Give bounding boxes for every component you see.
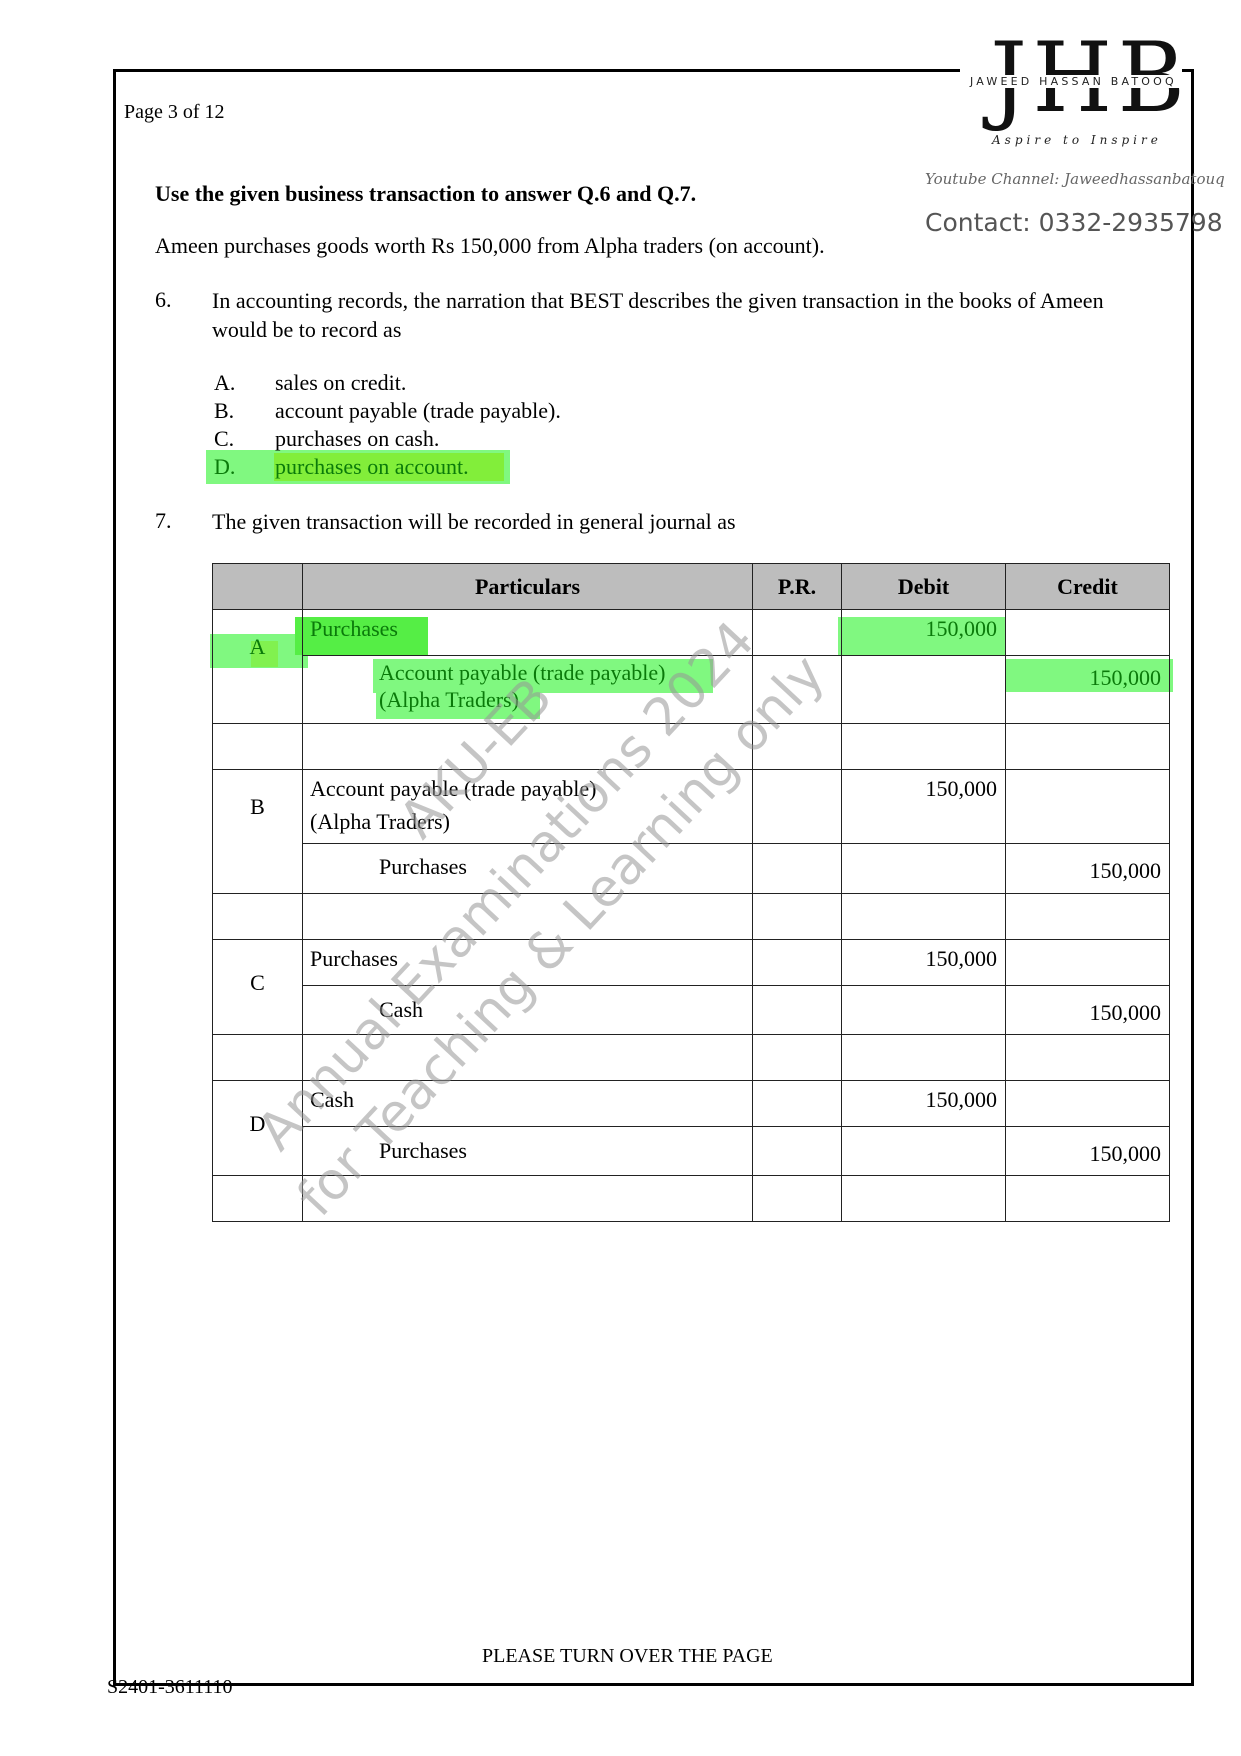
credit-cell bbox=[1006, 1081, 1170, 1127]
q6-option-d: D.purchases on account. bbox=[214, 454, 469, 480]
option-label: D. bbox=[214, 454, 275, 480]
spacer-row bbox=[213, 894, 1170, 940]
contact-number: Contact: 0332-2935798 bbox=[925, 208, 1223, 237]
pr-cell bbox=[753, 986, 842, 1035]
particulars-cell: Account payable (trade payable) (Alpha T… bbox=[303, 770, 753, 844]
particulars-cell: Cash bbox=[303, 986, 753, 1035]
pr-cell bbox=[753, 770, 842, 844]
pr-cell bbox=[753, 844, 842, 894]
paper-code: S2401-3611110 bbox=[107, 1676, 233, 1699]
option-c-label: C bbox=[213, 940, 303, 1035]
particulars-cell: Cash bbox=[303, 1081, 753, 1127]
option-b-label: B bbox=[213, 770, 303, 894]
q6-text: In accounting records, the narration tha… bbox=[212, 286, 1162, 344]
table-row: D Cash 150,000 bbox=[213, 1081, 1170, 1127]
q6-number: 6. bbox=[155, 287, 172, 313]
table-row: Purchases 150,000 bbox=[213, 844, 1170, 894]
instruction: Use the given business transaction to an… bbox=[155, 181, 696, 207]
q6-option-c: C.purchases on cash. bbox=[214, 426, 439, 452]
debit-cell: 150,000 bbox=[842, 770, 1006, 844]
header-option bbox=[213, 564, 303, 610]
pr-cell bbox=[753, 610, 842, 656]
option-a-label: A bbox=[213, 610, 303, 724]
option-d-label: D bbox=[213, 1081, 303, 1176]
option-text: purchases on cash. bbox=[275, 426, 439, 451]
pr-cell bbox=[753, 656, 842, 724]
debit-cell bbox=[842, 844, 1006, 894]
option-label: C. bbox=[214, 426, 275, 452]
credit-cell bbox=[1006, 610, 1170, 656]
debit-cell: 150,000 bbox=[842, 1081, 1006, 1127]
q7-number: 7. bbox=[155, 508, 172, 534]
table-row: A Purchases 150,000 bbox=[213, 610, 1170, 656]
turn-over-notice: PLEASE TURN OVER THE PAGE bbox=[482, 1645, 773, 1668]
q6-option-b: B.account payable (trade payable). bbox=[214, 398, 561, 424]
header-debit: Debit bbox=[842, 564, 1006, 610]
credit-cell: 150,000 bbox=[1006, 844, 1170, 894]
credit-cell: 150,000 bbox=[1006, 656, 1170, 724]
header-pr: P.R. bbox=[753, 564, 842, 610]
debit-cell bbox=[842, 986, 1006, 1035]
logo-name: JAWEED HASSAN BATOOQ bbox=[967, 75, 1180, 88]
pr-cell bbox=[753, 1081, 842, 1127]
debit-cell: 150,000 bbox=[842, 940, 1006, 986]
particulars-cell: Purchases bbox=[303, 1127, 753, 1176]
credit-cell bbox=[1006, 770, 1170, 844]
table-row: C Purchases 150,000 bbox=[213, 940, 1170, 986]
table-header-row: Particulars P.R. Debit Credit bbox=[213, 564, 1170, 610]
q6-option-a: A.sales on credit. bbox=[214, 370, 406, 396]
journal-table: Particulars P.R. Debit Credit A Purchase… bbox=[212, 563, 1170, 1222]
option-label: A. bbox=[214, 370, 275, 396]
header-particulars: Particulars bbox=[303, 564, 753, 610]
spacer-row bbox=[213, 1035, 1170, 1081]
particulars-cell: Purchases bbox=[303, 844, 753, 894]
table-row: B Account payable (trade payable) (Alpha… bbox=[213, 770, 1170, 844]
youtube-channel: Youtube Channel: Jaweedhassanbatouq bbox=[925, 170, 1225, 188]
logo-tagline: Aspire to Inspire bbox=[992, 133, 1162, 147]
particulars-cell: Purchases bbox=[303, 940, 753, 986]
table-row: Purchases 150,000 bbox=[213, 1127, 1170, 1176]
debit-cell: 150,000 bbox=[842, 610, 1006, 656]
credit-cell bbox=[1006, 940, 1170, 986]
option-text: account payable (trade payable). bbox=[275, 398, 561, 423]
particulars-cell: Purchases bbox=[303, 610, 753, 656]
debit-cell bbox=[842, 1127, 1006, 1176]
particulars-cell: Account payable (trade payable) (Alpha T… bbox=[303, 656, 753, 724]
spacer-row bbox=[213, 724, 1170, 770]
credit-cell: 150,000 bbox=[1006, 986, 1170, 1035]
pr-cell bbox=[753, 940, 842, 986]
q7-text: The given transaction will be recorded i… bbox=[212, 507, 1162, 536]
option-text: purchases on account. bbox=[275, 454, 469, 479]
option-label: B. bbox=[214, 398, 275, 424]
header-credit: Credit bbox=[1006, 564, 1170, 610]
option-text: sales on credit. bbox=[275, 370, 406, 395]
spacer-row bbox=[213, 1176, 1170, 1222]
debit-cell bbox=[842, 656, 1006, 724]
table-row: Account payable (trade payable) (Alpha T… bbox=[213, 656, 1170, 724]
credit-cell: 150,000 bbox=[1006, 1127, 1170, 1176]
pr-cell bbox=[753, 1127, 842, 1176]
scenario-text: Ameen purchases goods worth Rs 150,000 f… bbox=[155, 233, 825, 259]
page-number: Page 3 of 12 bbox=[124, 101, 225, 124]
table-row: Cash 150,000 bbox=[213, 986, 1170, 1035]
